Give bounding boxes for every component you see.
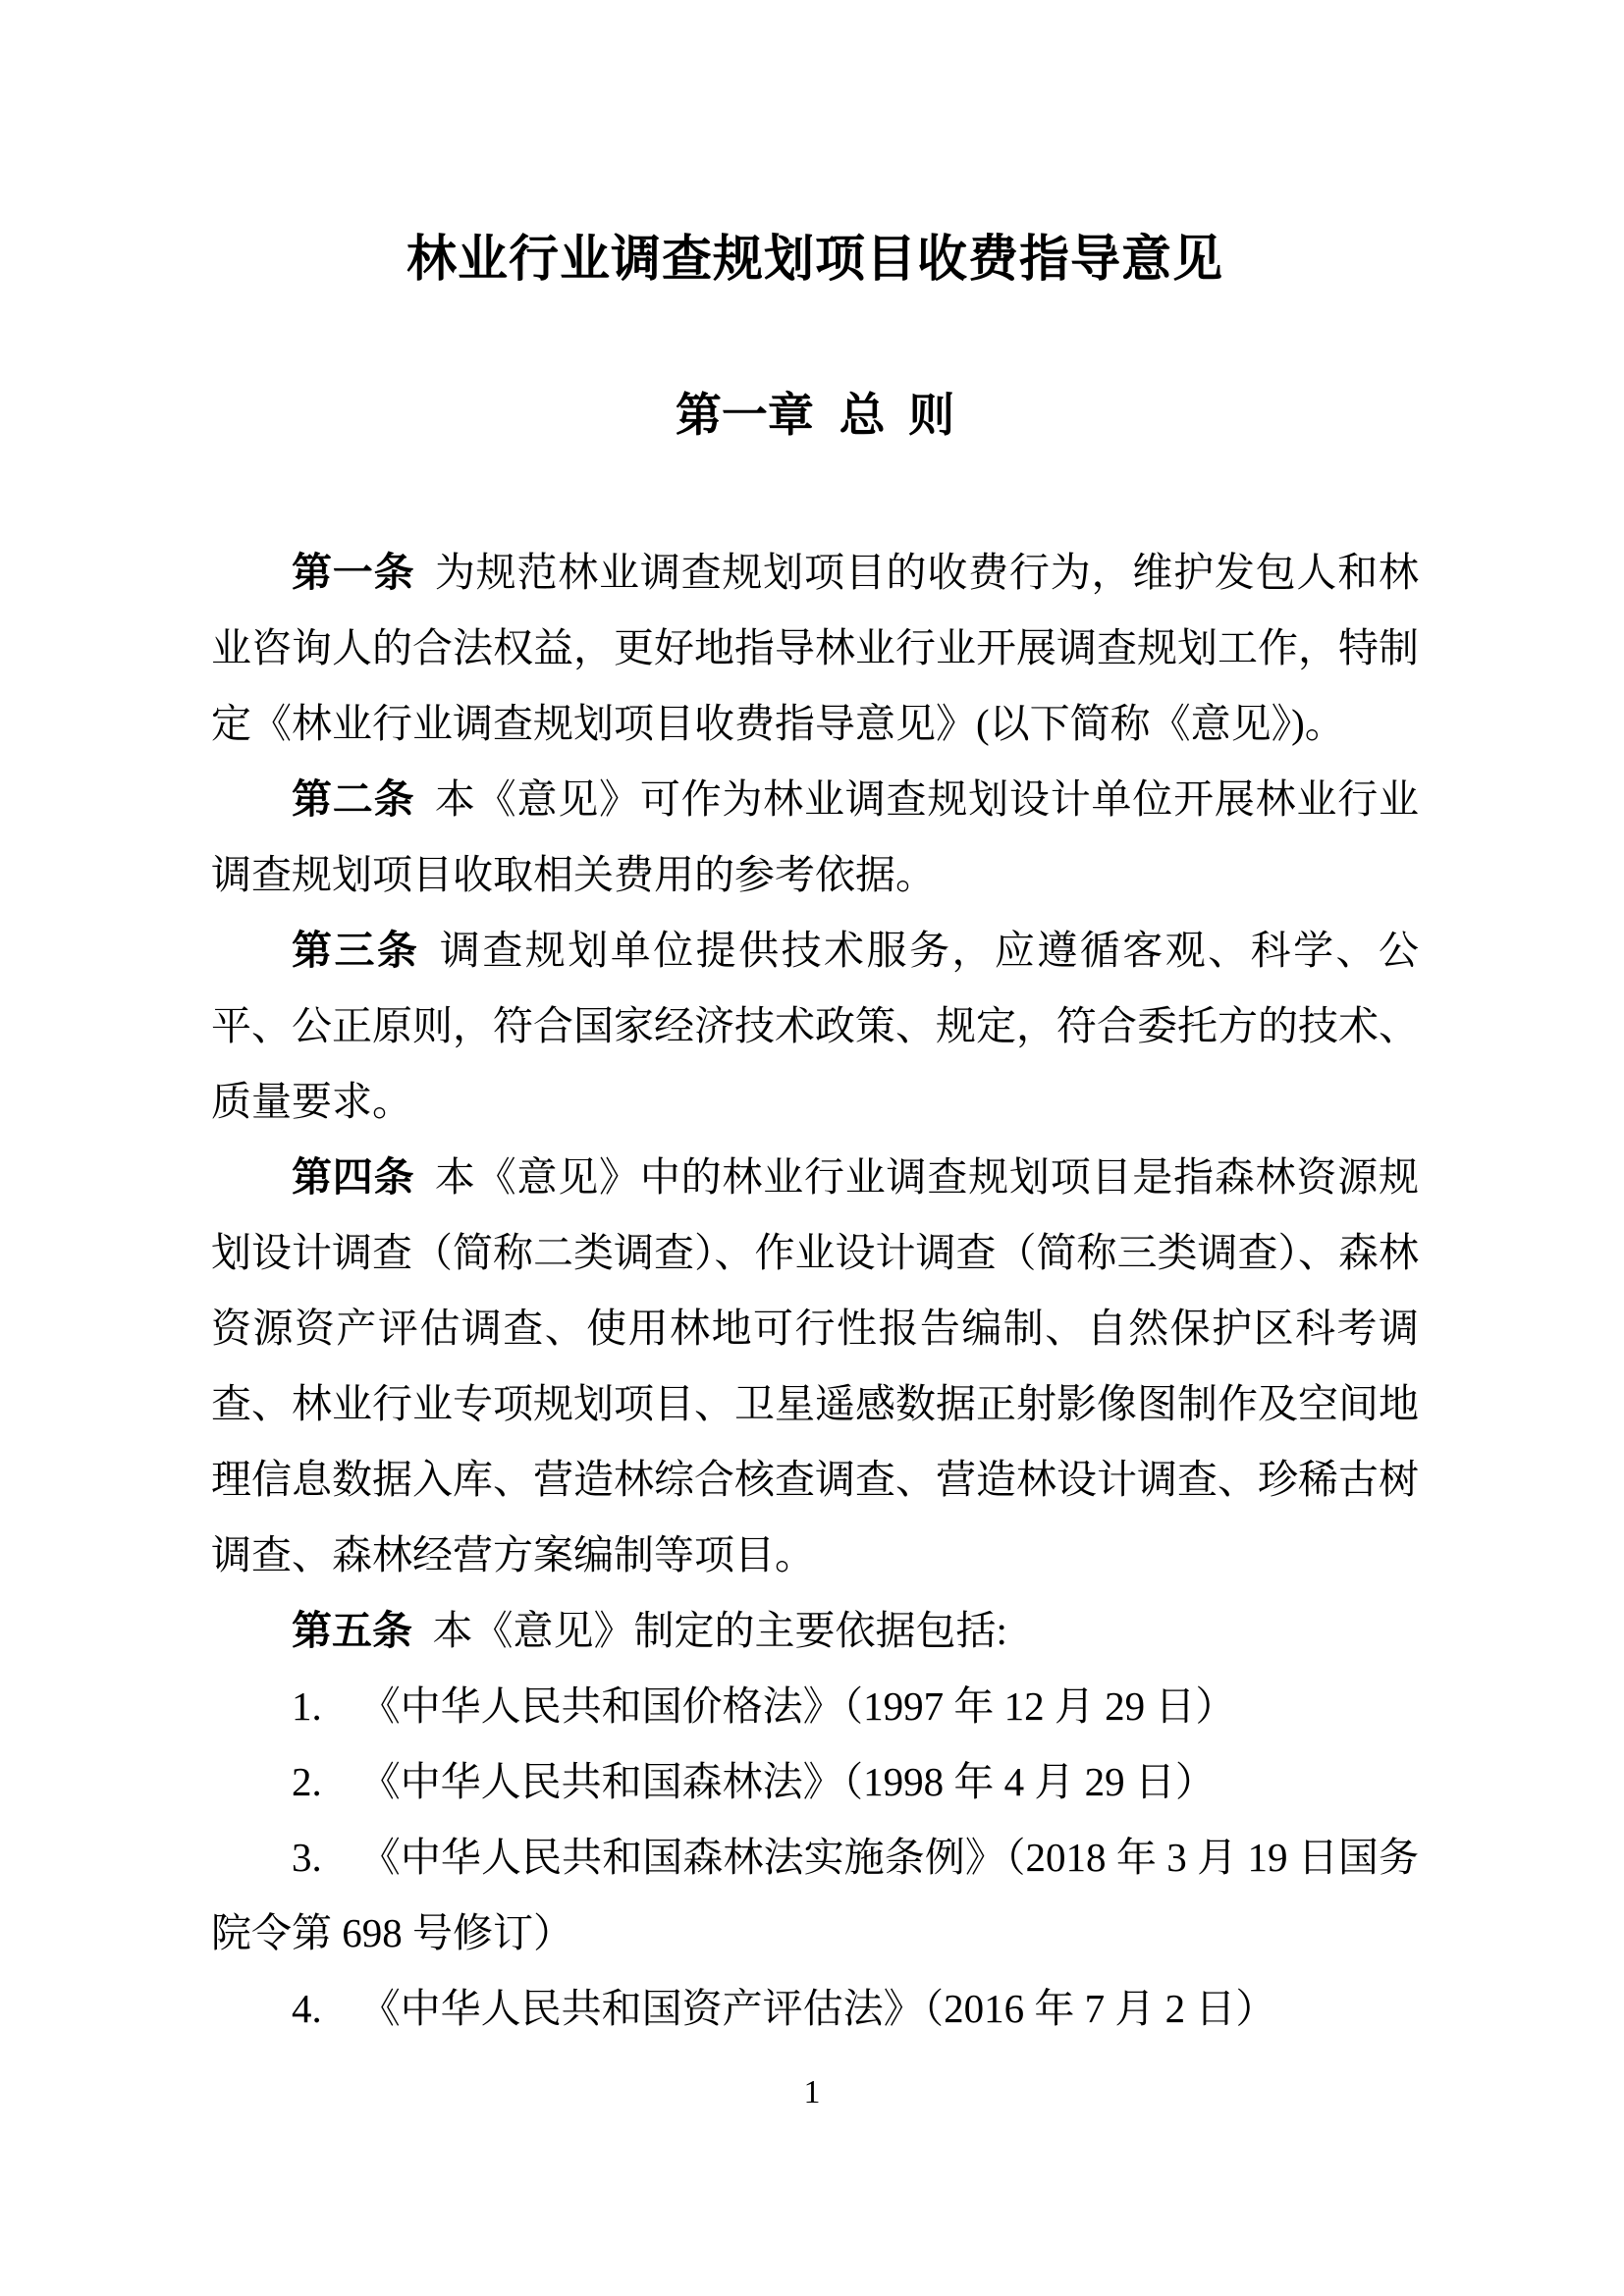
article-number-label: 第四条	[292, 1154, 414, 1200]
reference-item-1: 1.《中华人民共和国价格法》（1997 年 12 月 29 日）	[211, 1669, 1419, 1744]
reference-item-3: 3.《中华人民共和国森林法实施条例》（2018 年 3 月 19 日国务院令第 …	[211, 1820, 1419, 1971]
reference-item-2: 2.《中华人民共和国森林法》（1998 年 4 月 29 日）	[211, 1744, 1419, 1820]
document-body: 第一条为规范林业调查规划项目的收费行为，维护发包人和林业咨询人的合法权益，更好地…	[211, 535, 1419, 2047]
article-number-label: 第五条	[292, 1608, 412, 1653]
document-page: 林业行业调查规划项目收费指导意见 第一章总 则 第一条为规范林业调查规划项目的收…	[0, 0, 1624, 2296]
article-paragraph-3: 第三条调查规划单位提供技术服务，应遵循客观、科学、公平、公正原则，符合国家经济技…	[211, 913, 1419, 1140]
article-paragraph-1: 第一条为规范林业调查规划项目的收费行为，维护发包人和林业咨询人的合法权益，更好地…	[211, 535, 1419, 762]
reference-item-text: 《中华人民共和国价格法》（1997 年 12 月 29 日）	[360, 1683, 1236, 1729]
reference-item-4: 4.《中华人民共和国资产评估法》（2016 年 7 月 2 日）	[211, 1971, 1419, 2047]
chapter-number: 第一章	[676, 391, 814, 442]
reference-item-text: 《中华人民共和国森林法》（1998 年 4 月 29 日）	[360, 1759, 1216, 1804]
reference-item-number: 2.	[292, 1759, 322, 1804]
reference-item-number: 4.	[292, 1986, 322, 2031]
chapter-heading: 第一章总 则	[211, 391, 1419, 442]
article-paragraph-2: 第二条本《意见》可作为林业调查规划设计单位开展林业行业调查规划项目收取相关费用的…	[211, 762, 1419, 913]
chapter-name: 总 则	[839, 391, 955, 442]
article-number-label: 第二条	[292, 776, 414, 822]
reference-item-number: 3.	[292, 1835, 322, 1880]
article-text: 本《意见》中的林业行业调查规划项目是指森林资源规划设计调查（简称二类调查）、作业…	[211, 1154, 1419, 1577]
article-text: 本《意见》制定的主要依据包括:	[433, 1608, 1007, 1653]
document-title: 林业行业调查规划项目收费指导意见	[211, 233, 1419, 288]
reference-item-number: 1.	[292, 1683, 322, 1729]
article-number-label: 第三条	[292, 928, 419, 973]
page-number: 1	[0, 2073, 1624, 2112]
article-paragraph-5: 第五条本《意见》制定的主要依据包括:	[211, 1593, 1419, 1669]
article-paragraph-4: 第四条本《意见》中的林业行业调查规划项目是指森林资源规划设计调查（简称二类调查）…	[211, 1140, 1419, 1593]
article-number-label: 第一条	[292, 550, 414, 595]
reference-item-text: 《中华人民共和国森林法实施条例》（2018 年 3 月 19 日国务院令第 69…	[211, 1835, 1419, 1955]
reference-item-text: 《中华人民共和国资产评估法》（2016 年 7 月 2 日）	[360, 1986, 1276, 2031]
